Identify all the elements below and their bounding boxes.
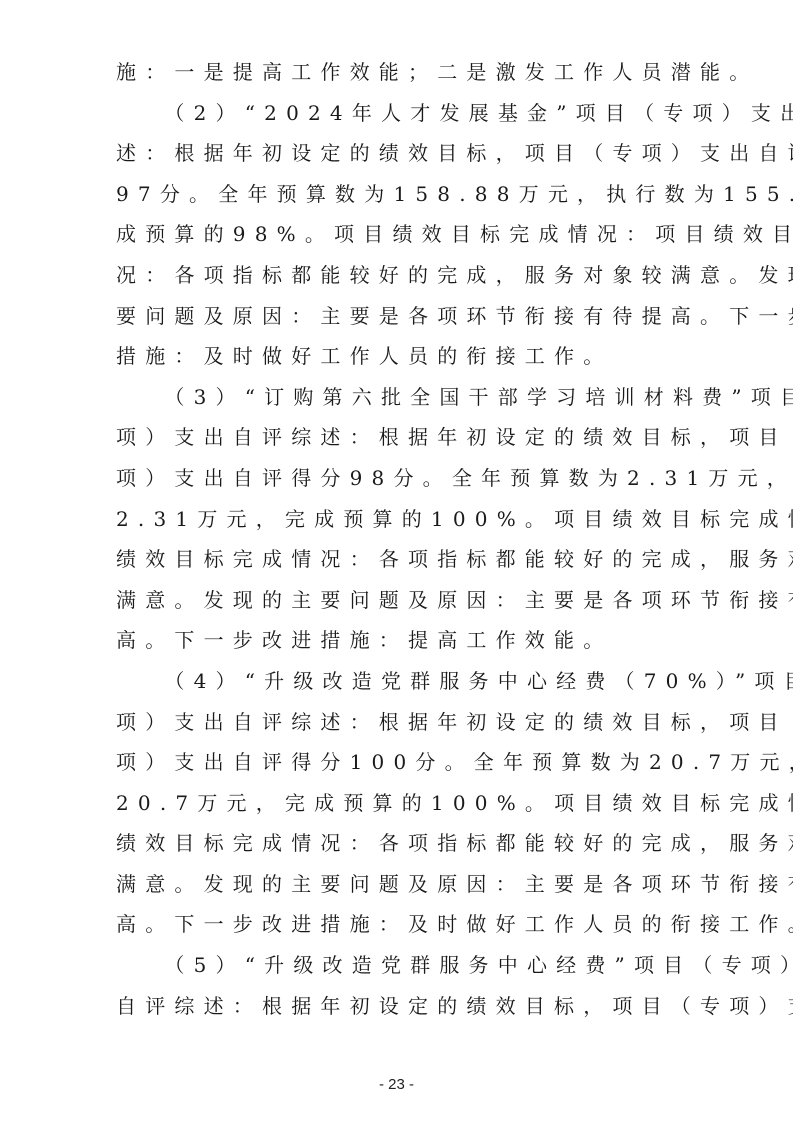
text-line: 况：各项指标都能较好的完成，服务对象较满意。发现的主 xyxy=(116,255,686,296)
text-line: 自评综述：根据年初设定的绩效目标，项目（专项）支出自 xyxy=(116,986,686,1027)
text-line: 述：根据年初设定的绩效目标，项目（专项）支出自评得分 xyxy=(116,133,686,174)
text-line: 2.31万元，完成预算的100%。项目绩效目标完成情况：项目 xyxy=(116,499,686,540)
text-line: 满意。发现的主要问题及原因：主要是各项环节衔接有待提 xyxy=(116,580,686,621)
text-line: 项）支出自评综述：根据年初设定的绩效目标，项目（专 xyxy=(116,702,686,743)
paragraph-heading-line: （2）“2024年人才发展基金”项目（专项）支出自评综 xyxy=(116,93,686,134)
text-line: 绩效目标完成情况：各项指标都能较好的完成，服务对象较 xyxy=(116,539,686,580)
text-line: 高。下一步改进措施：提高工作效能。 xyxy=(116,620,686,661)
text-line: 项）支出自评综述：根据年初设定的绩效目标，项目（专 xyxy=(116,417,686,458)
text-line: 20.7万元，完成预算的100%。项目绩效目标完成情况：项目 xyxy=(116,783,686,824)
paragraph-heading-line: （3）“订购第六批全国干部学习培训材料费”项目（专 xyxy=(116,377,686,418)
text-line: 要问题及原因：主要是各项环节衔接有待提高。下一步改进 xyxy=(116,296,686,337)
text-line: 高。下一步改进措施：及时做好工作人员的衔接工作。 xyxy=(116,904,686,945)
text-line: 项）支出自评得分98分。全年预算数为2.31万元，执行数为 xyxy=(116,458,686,499)
text-line: 措施：及时做好工作人员的衔接工作。 xyxy=(116,336,686,377)
paragraph-heading-line: （5）“升级改造党群服务中心经费”项目（专项）支出 xyxy=(116,945,686,986)
document-body: 施：一是提高工作效能；二是激发工作人员潜能。 （2）“2024年人才发展基金”项… xyxy=(116,52,686,1026)
text-line: 成预算的98%。项目绩效目标完成情况：项目绩效目标完成情 xyxy=(116,214,686,255)
text-line: 满意。发现的主要问题及原因：主要是各项环节衔接有待提 xyxy=(116,864,686,905)
text-line: 项）支出自评得分100分。全年预算数为20.7万元，执行数为 xyxy=(116,742,686,783)
text-line: 施：一是提高工作效能；二是激发工作人员潜能。 xyxy=(116,52,686,93)
text-line: 97分。全年预算数为158.88万元，执行数为155.00万元，完 xyxy=(116,174,686,215)
paragraph-heading-line: （4）“升级改造党群服务中心经费（70%）”项目（专 xyxy=(116,661,686,702)
text-line: 绩效目标完成情况：各项指标都能较好的完成，服务对象较 xyxy=(116,823,686,864)
page-number: - 23 - xyxy=(0,1076,793,1093)
